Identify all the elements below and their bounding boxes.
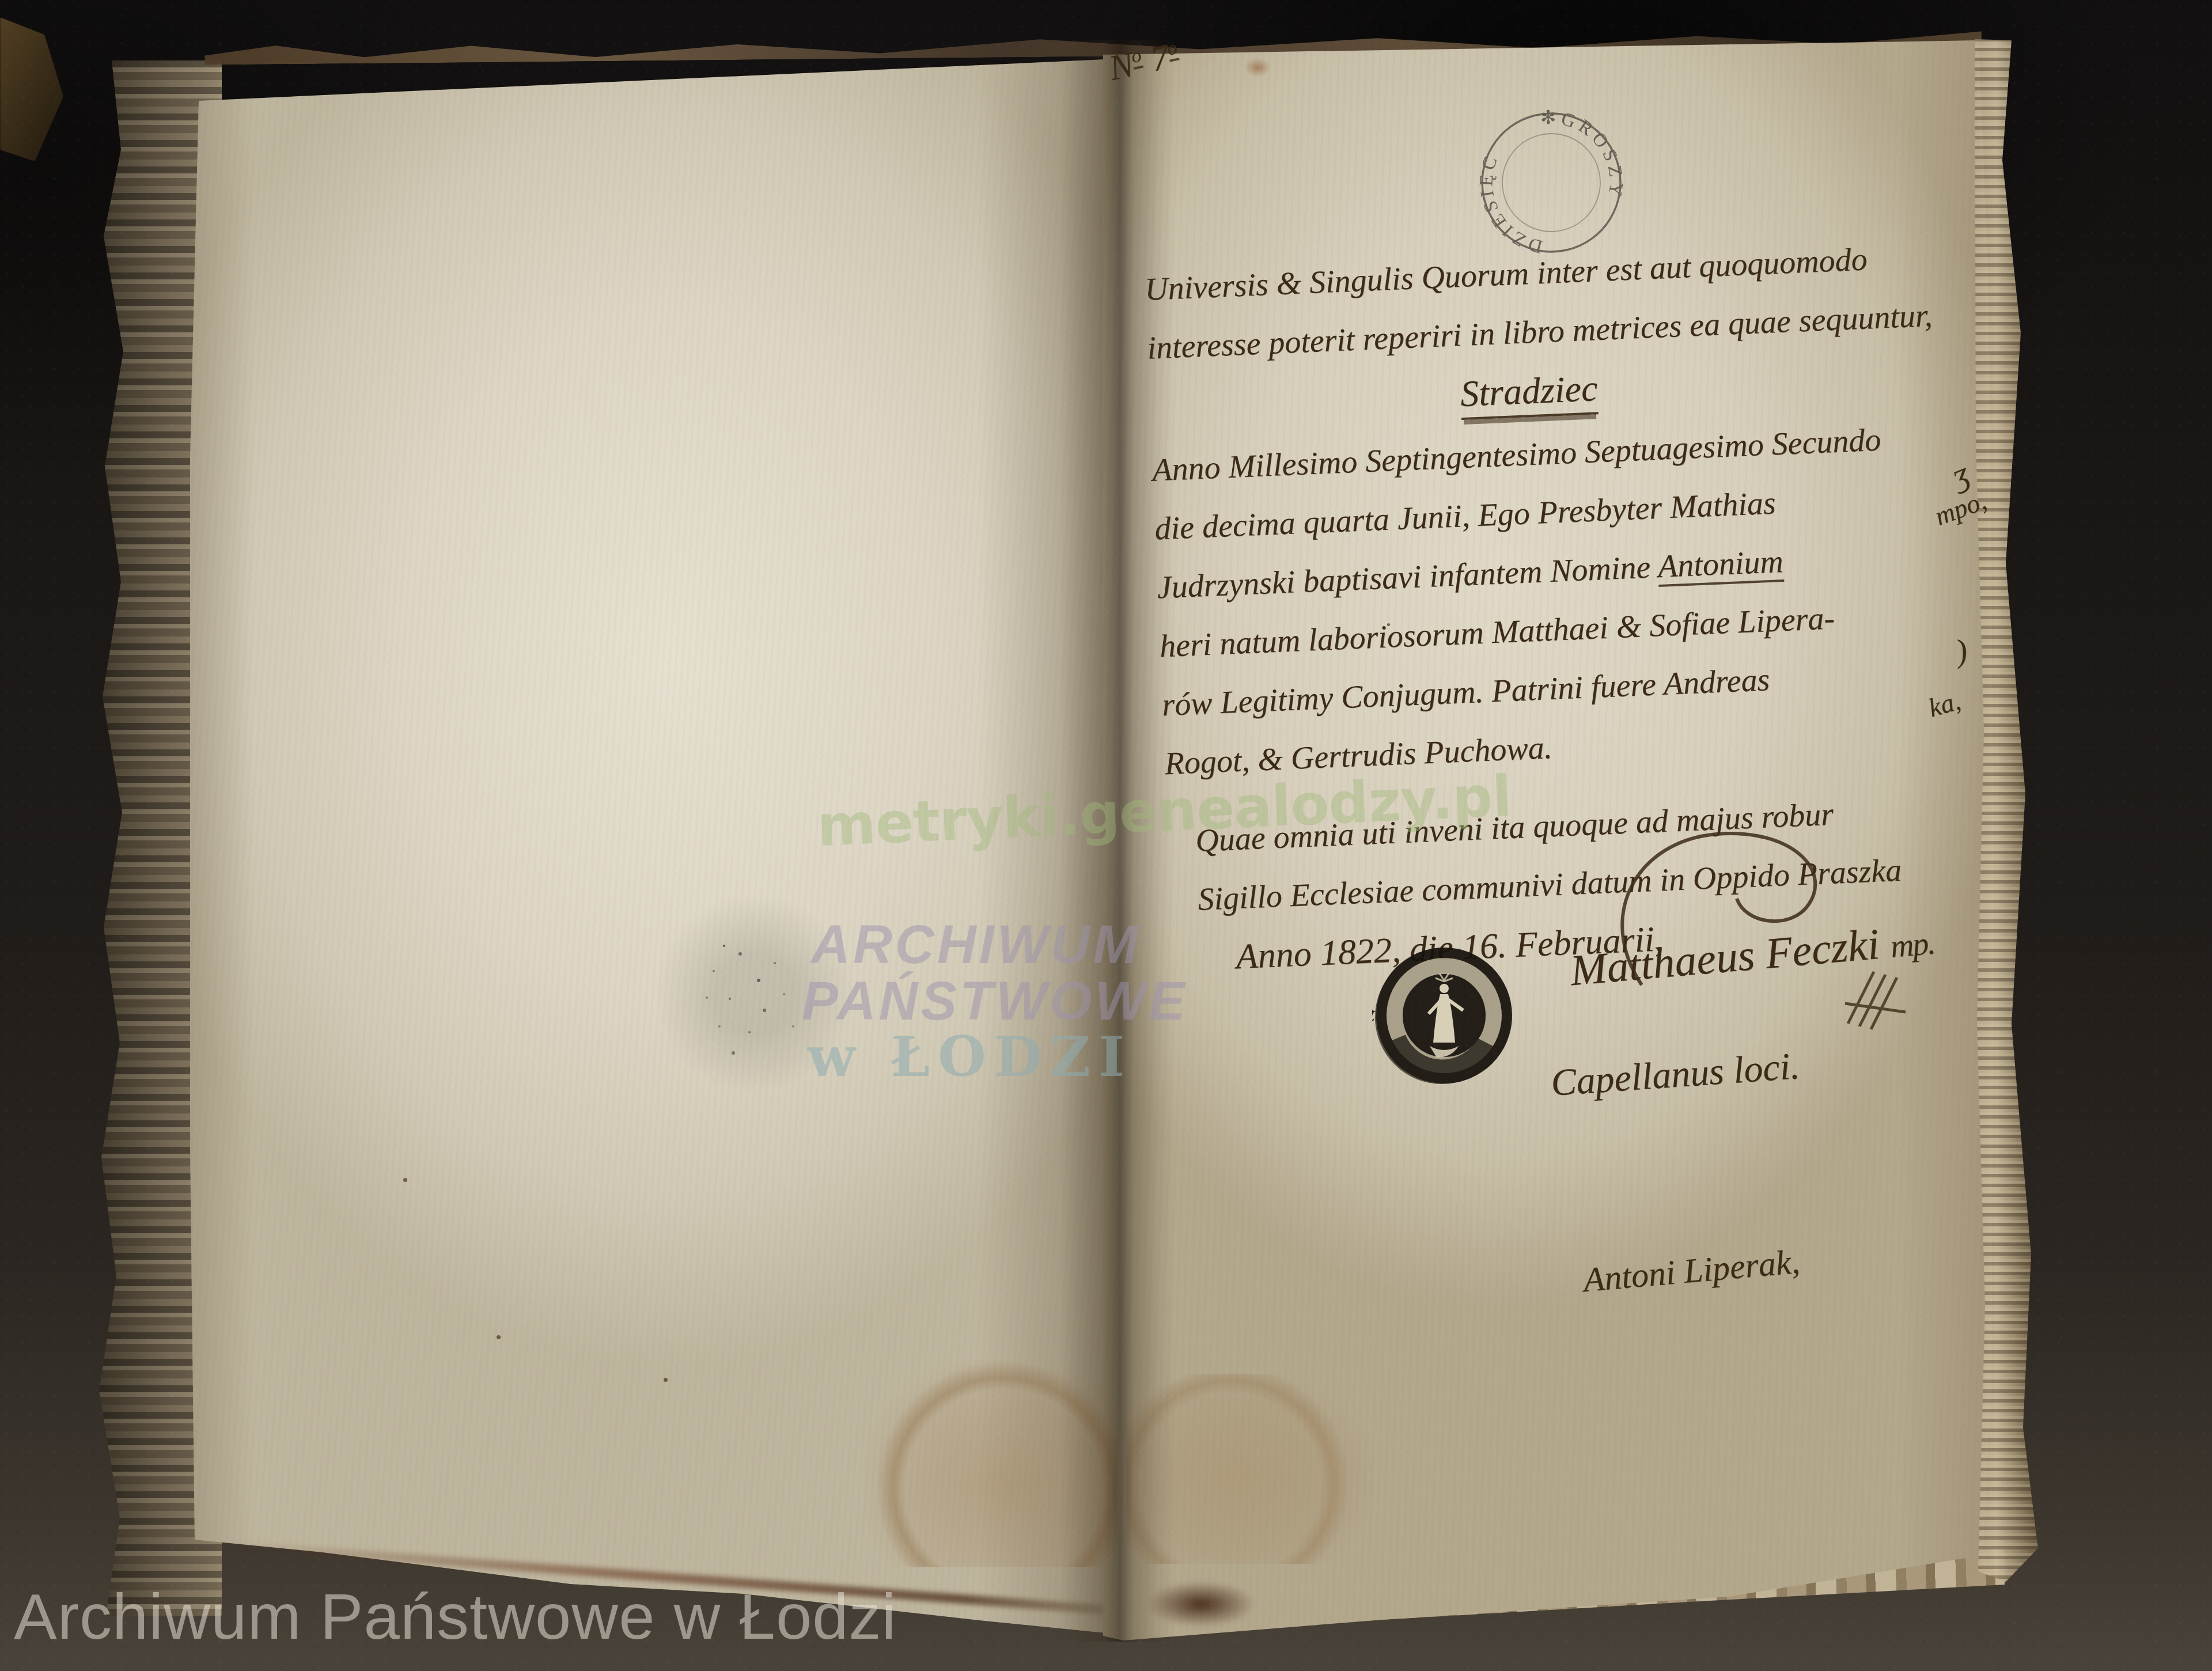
archive-caption: Archiwum Państwowe w Łodzi: [14, 1579, 896, 1654]
book-cover-corner: [0, 17, 63, 161]
paper-speck: [403, 1178, 407, 1182]
baptized-name-underlined: Antonium: [1657, 544, 1784, 587]
ink-speckle-dots: [723, 945, 725, 947]
manu-propria-mark: mp.: [1889, 925, 1936, 964]
church-seal: TITA. B.V.M. ✶ SIGILL: [1372, 944, 1516, 1088]
archive-watermark-line3: w ŁODZI: [808, 1024, 1132, 1089]
archive-watermark-line2: PAŃSTWOWE: [802, 970, 1188, 1032]
archival-book-photo: No 7o ✻ GROSZY DZIESIĘC Universis & Sing…: [0, 0, 2212, 1671]
paper-speck: [664, 1378, 668, 1382]
manuscript-text-block: Universis & Singulis Quorum inter est au…: [1143, 224, 2037, 989]
mp-crosshatch: [1842, 969, 1911, 1032]
archive-watermark-line1: ARCHIWUM: [811, 914, 1141, 976]
small-brown-stain: [1244, 58, 1271, 77]
paper-speck: [497, 1335, 501, 1339]
